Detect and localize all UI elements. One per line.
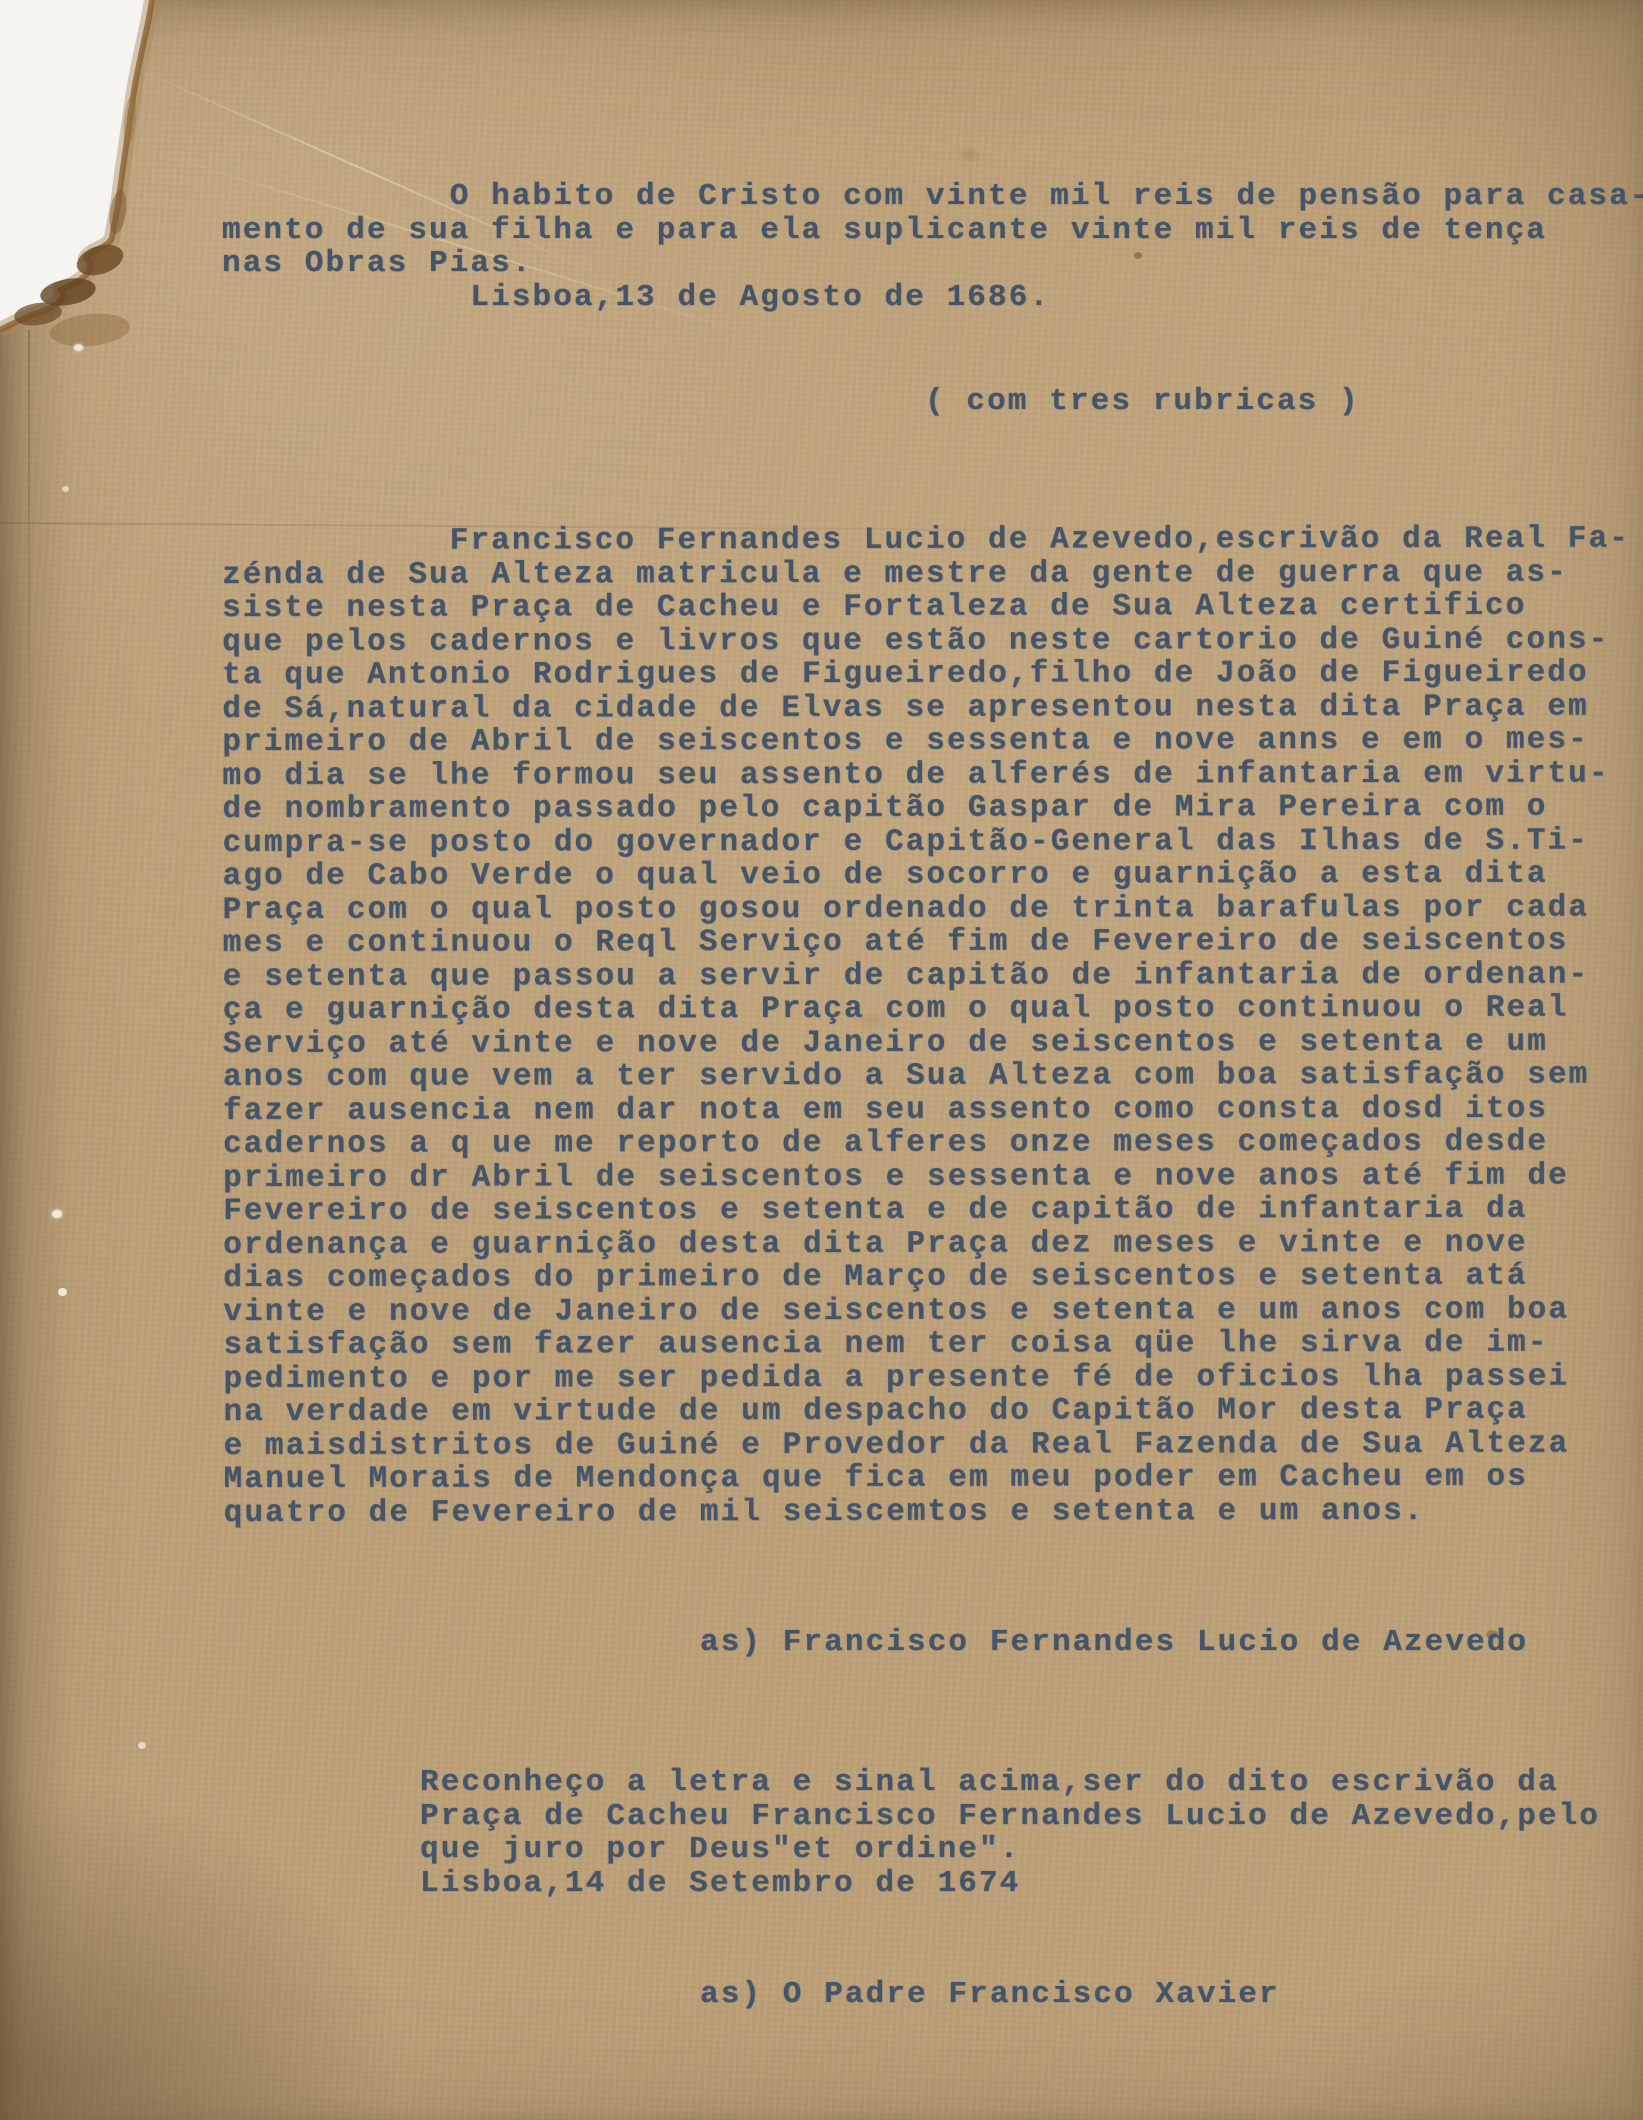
acknowledgement-paragraph: Reconheço a letra e sinal acima,ser do d… bbox=[420, 1766, 1600, 1900]
signature-line-escrivao: as) Francisco Fernandes Lucio de Azevedo bbox=[700, 1626, 1528, 1660]
certificate-paragraph: Francisco Fernandes Lucio de Azevedo,esc… bbox=[222, 523, 1632, 1530]
signature-line-padre: as) O Padre Francisco Xavier bbox=[700, 1978, 1280, 2012]
rubric-note: ( com tres rubricas ) bbox=[925, 385, 1360, 419]
opening-paragraph: O habito de Cristo com vinte mil reis de… bbox=[222, 180, 1643, 314]
torn-corner-graphic bbox=[0, 0, 260, 420]
scanned-document-page: O habito de Cristo com vinte mil reis de… bbox=[0, 0, 1643, 2120]
